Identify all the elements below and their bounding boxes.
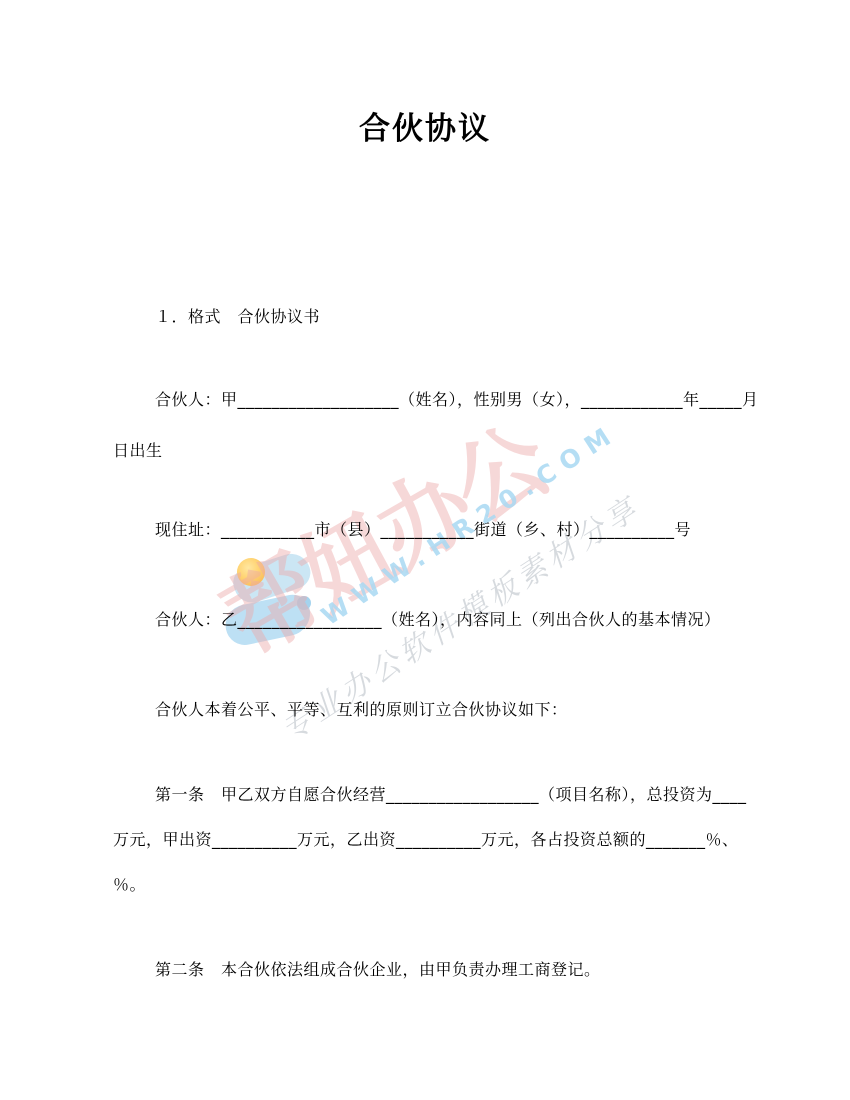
document-line-principles: 合伙人本着公平、平等、互利的原则订立合伙协议如下：	[155, 699, 568, 721]
document-page: 帮妞办公 WWW.HR20.COM 专业办公软件模板素材分享 合伙协议 １．格式…	[0, 0, 850, 1100]
page-title: 合伙协议	[0, 103, 850, 148]
document-line-address: 现住址：___________市（县）___________街道（乡、村）___…	[155, 519, 691, 541]
logo-small-dot-icon	[297, 596, 311, 610]
logo-cloud-blob-icon	[229, 549, 314, 607]
document-line-article1: 第一条 甲乙双方自愿合伙经营__________________（项目名称），总…	[155, 784, 747, 806]
logo-sun-dot-icon	[237, 558, 265, 586]
document-line-partner-b: 合伙人：乙_________________（姓名），内容同上（列出合伙人的基本…	[155, 609, 721, 631]
document-line-format-heading: １．格式 合伙协议书	[155, 306, 320, 328]
document-line-partner-a: 合伙人：甲___________________（姓名），性别男（女），____…	[155, 389, 759, 411]
watermark: 帮妞办公 WWW.HR20.COM 专业办公软件模板素材分享	[0, 0, 850, 1100]
document-line-article2: 第二条 本合伙依法组成合伙企业，由甲负责办理工商登记。	[155, 959, 601, 981]
document-line-article1-wrap2: ％。	[113, 874, 146, 896]
document-line-article1-wrap1: 万元，甲出资__________万元，乙出资__________万元，各占投资总…	[113, 829, 739, 851]
document-line-partner-a-wrap: 日出生	[113, 440, 163, 462]
